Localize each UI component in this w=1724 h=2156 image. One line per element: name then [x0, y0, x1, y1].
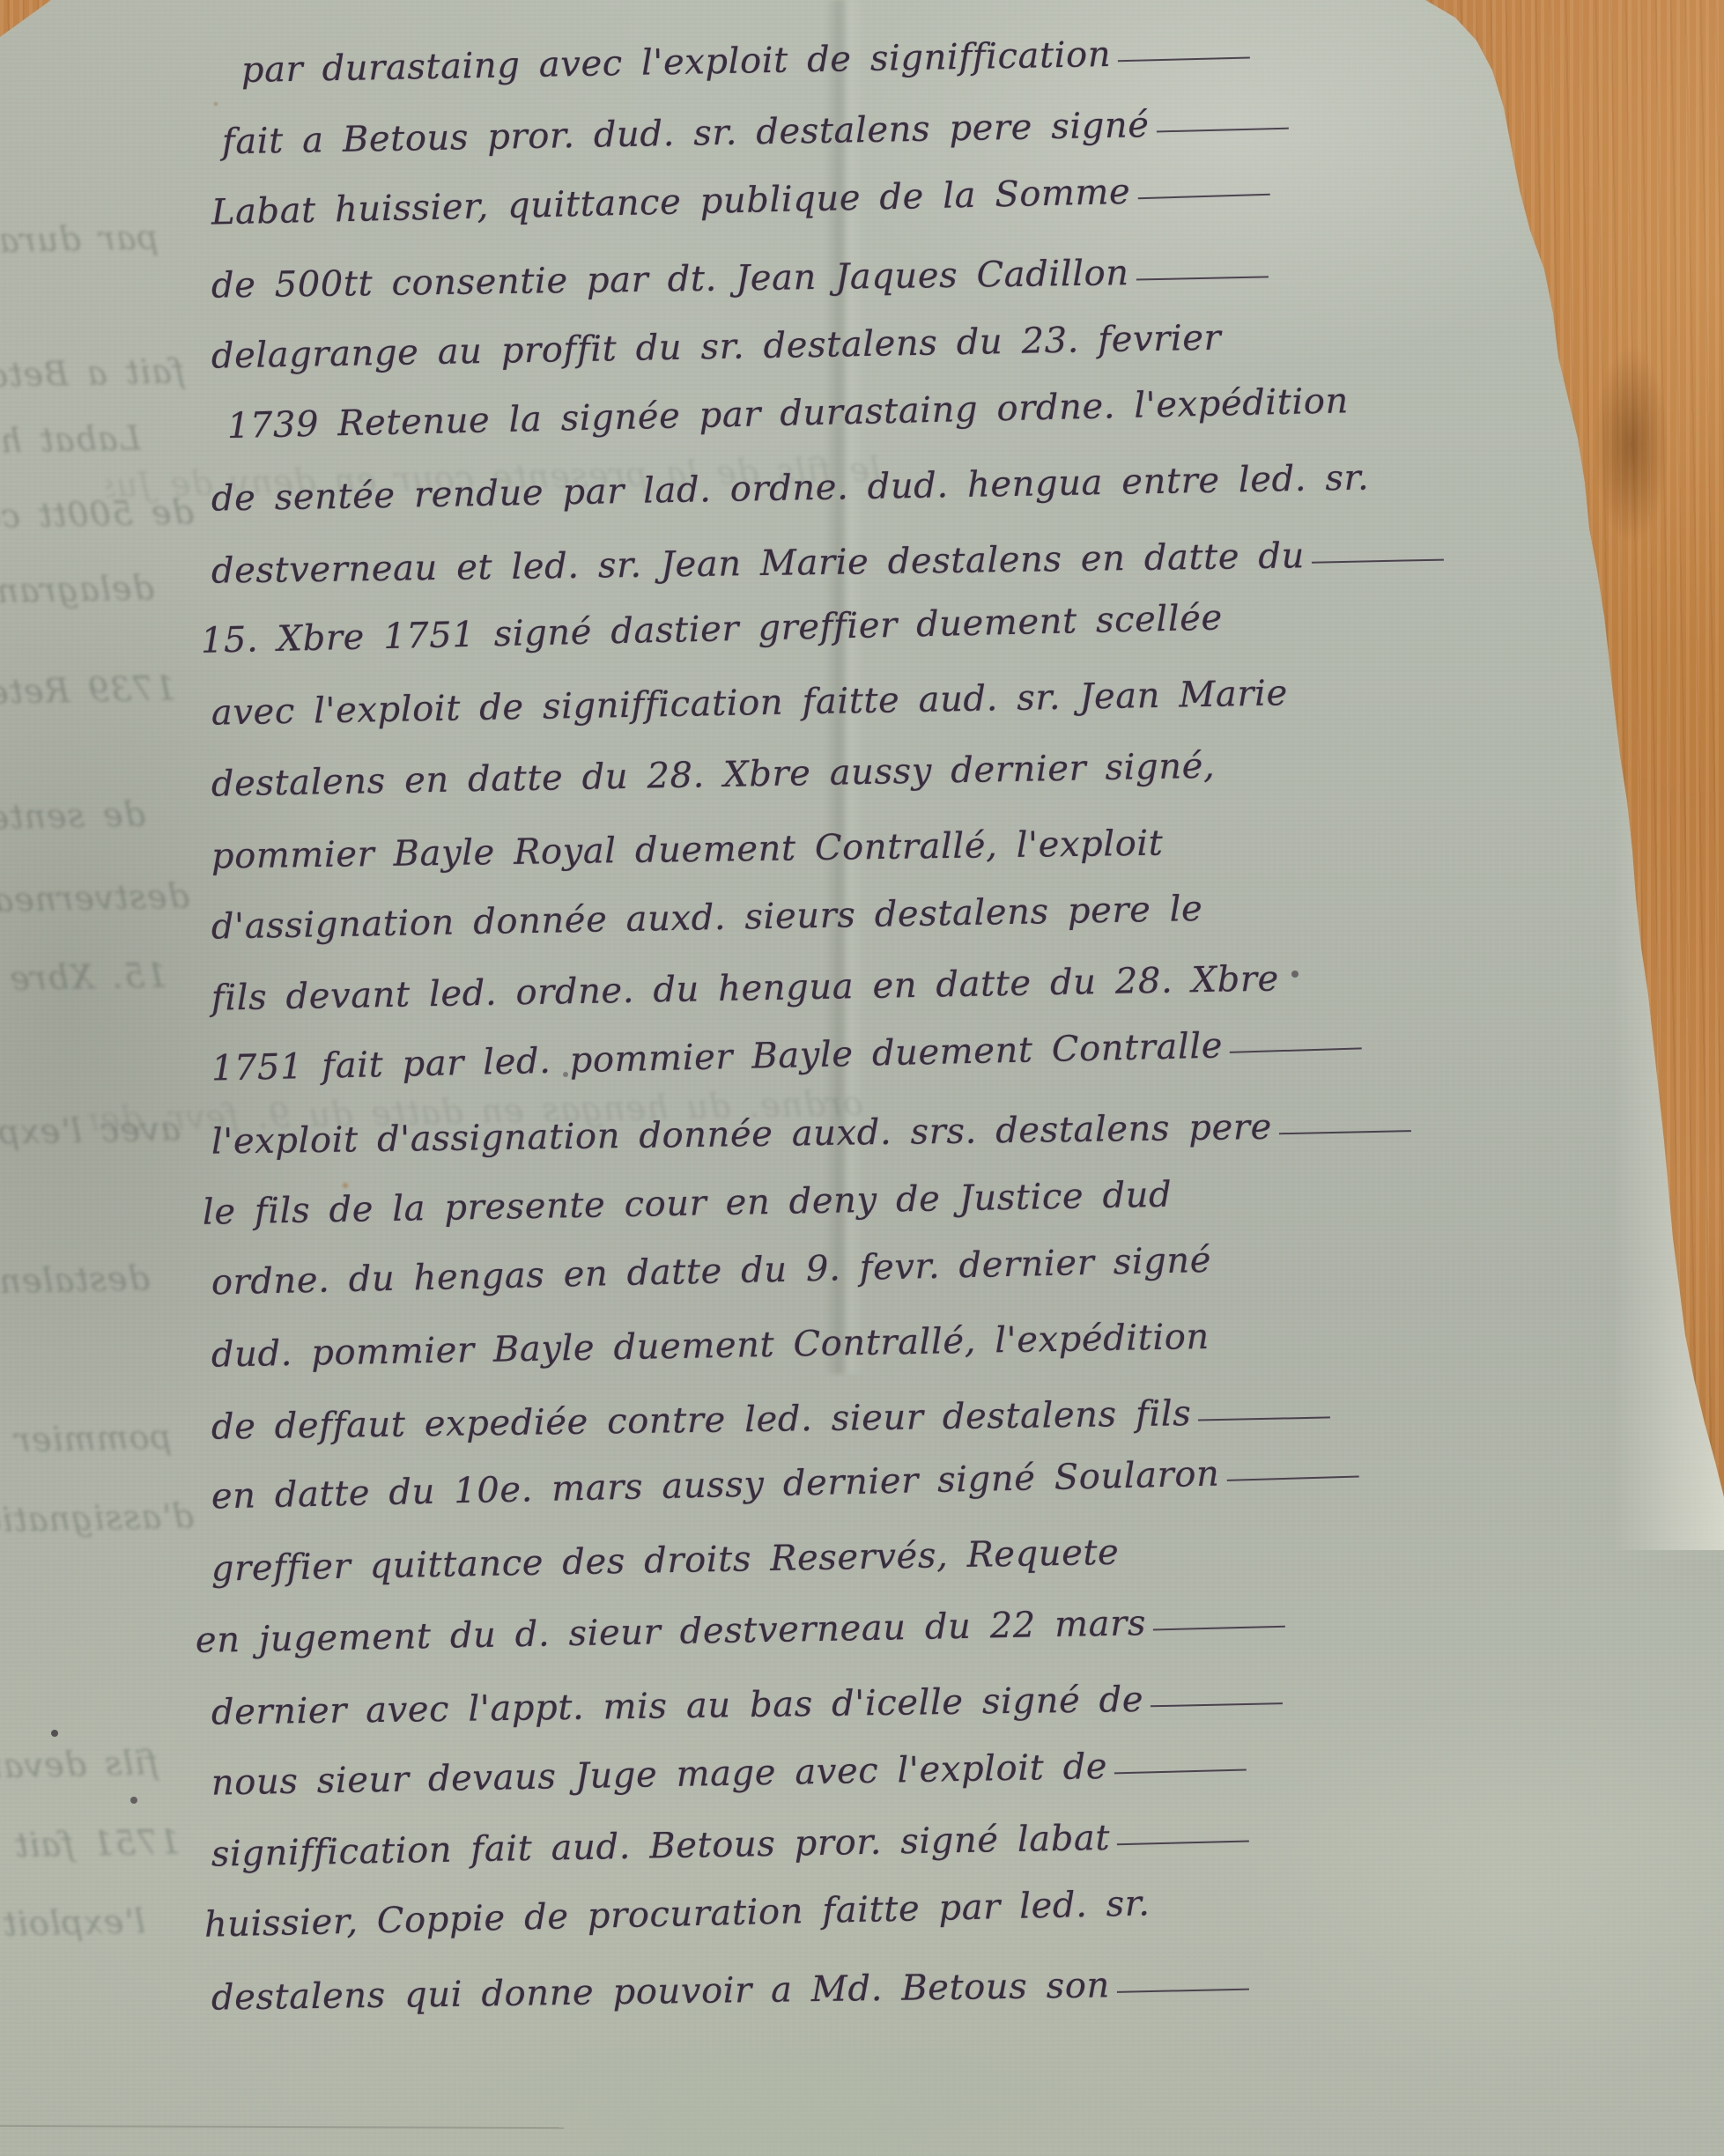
handwritten-text-block: par durastaing avec l'exploit de signiff… — [0, 41, 1724, 2038]
photograph-of-manuscript: par durastaing avec l'exploit de signiff… — [0, 0, 1724, 2156]
crease-line — [0, 2125, 564, 2129]
manuscript-page: par durastaing avec l'exploit de signiff… — [0, 0, 1724, 2156]
